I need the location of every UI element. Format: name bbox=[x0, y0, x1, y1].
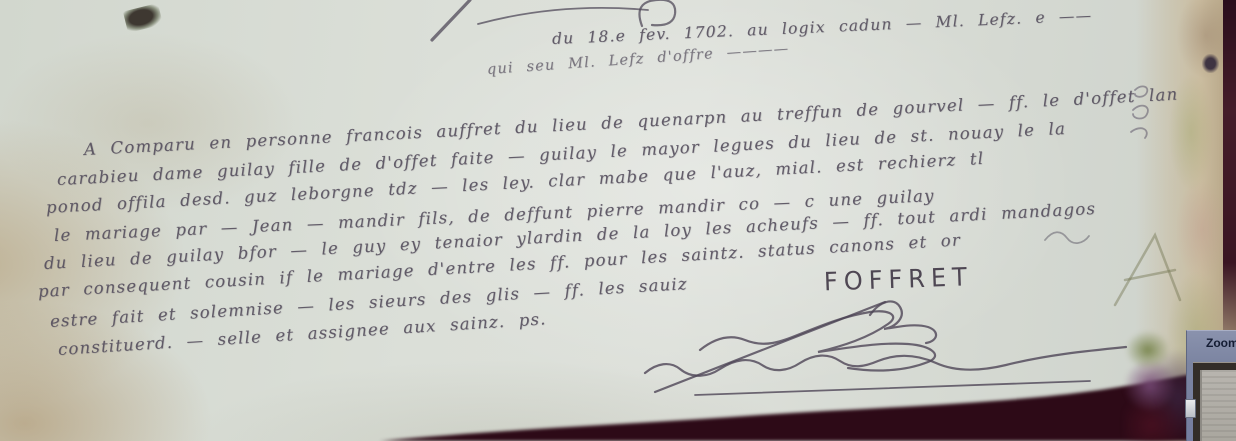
zoom-panel-title: Zoom bbox=[1206, 336, 1236, 350]
archive-photo-viewport: du 18.e fev. 1702. au logix cadun — Ml. … bbox=[0, 0, 1236, 441]
edge-ink-marks bbox=[1125, 80, 1185, 150]
signature-name: FOFFRET bbox=[823, 262, 973, 297]
zoom-panel-handle[interactable] bbox=[1185, 399, 1196, 418]
zoom-thumbnail-frame bbox=[1193, 362, 1236, 441]
zoom-thumbnail[interactable] bbox=[1200, 370, 1236, 441]
zoom-panel: Zoom bbox=[1186, 330, 1236, 441]
paraphe-flourish bbox=[1040, 215, 1210, 325]
ink-spot bbox=[1202, 54, 1219, 73]
